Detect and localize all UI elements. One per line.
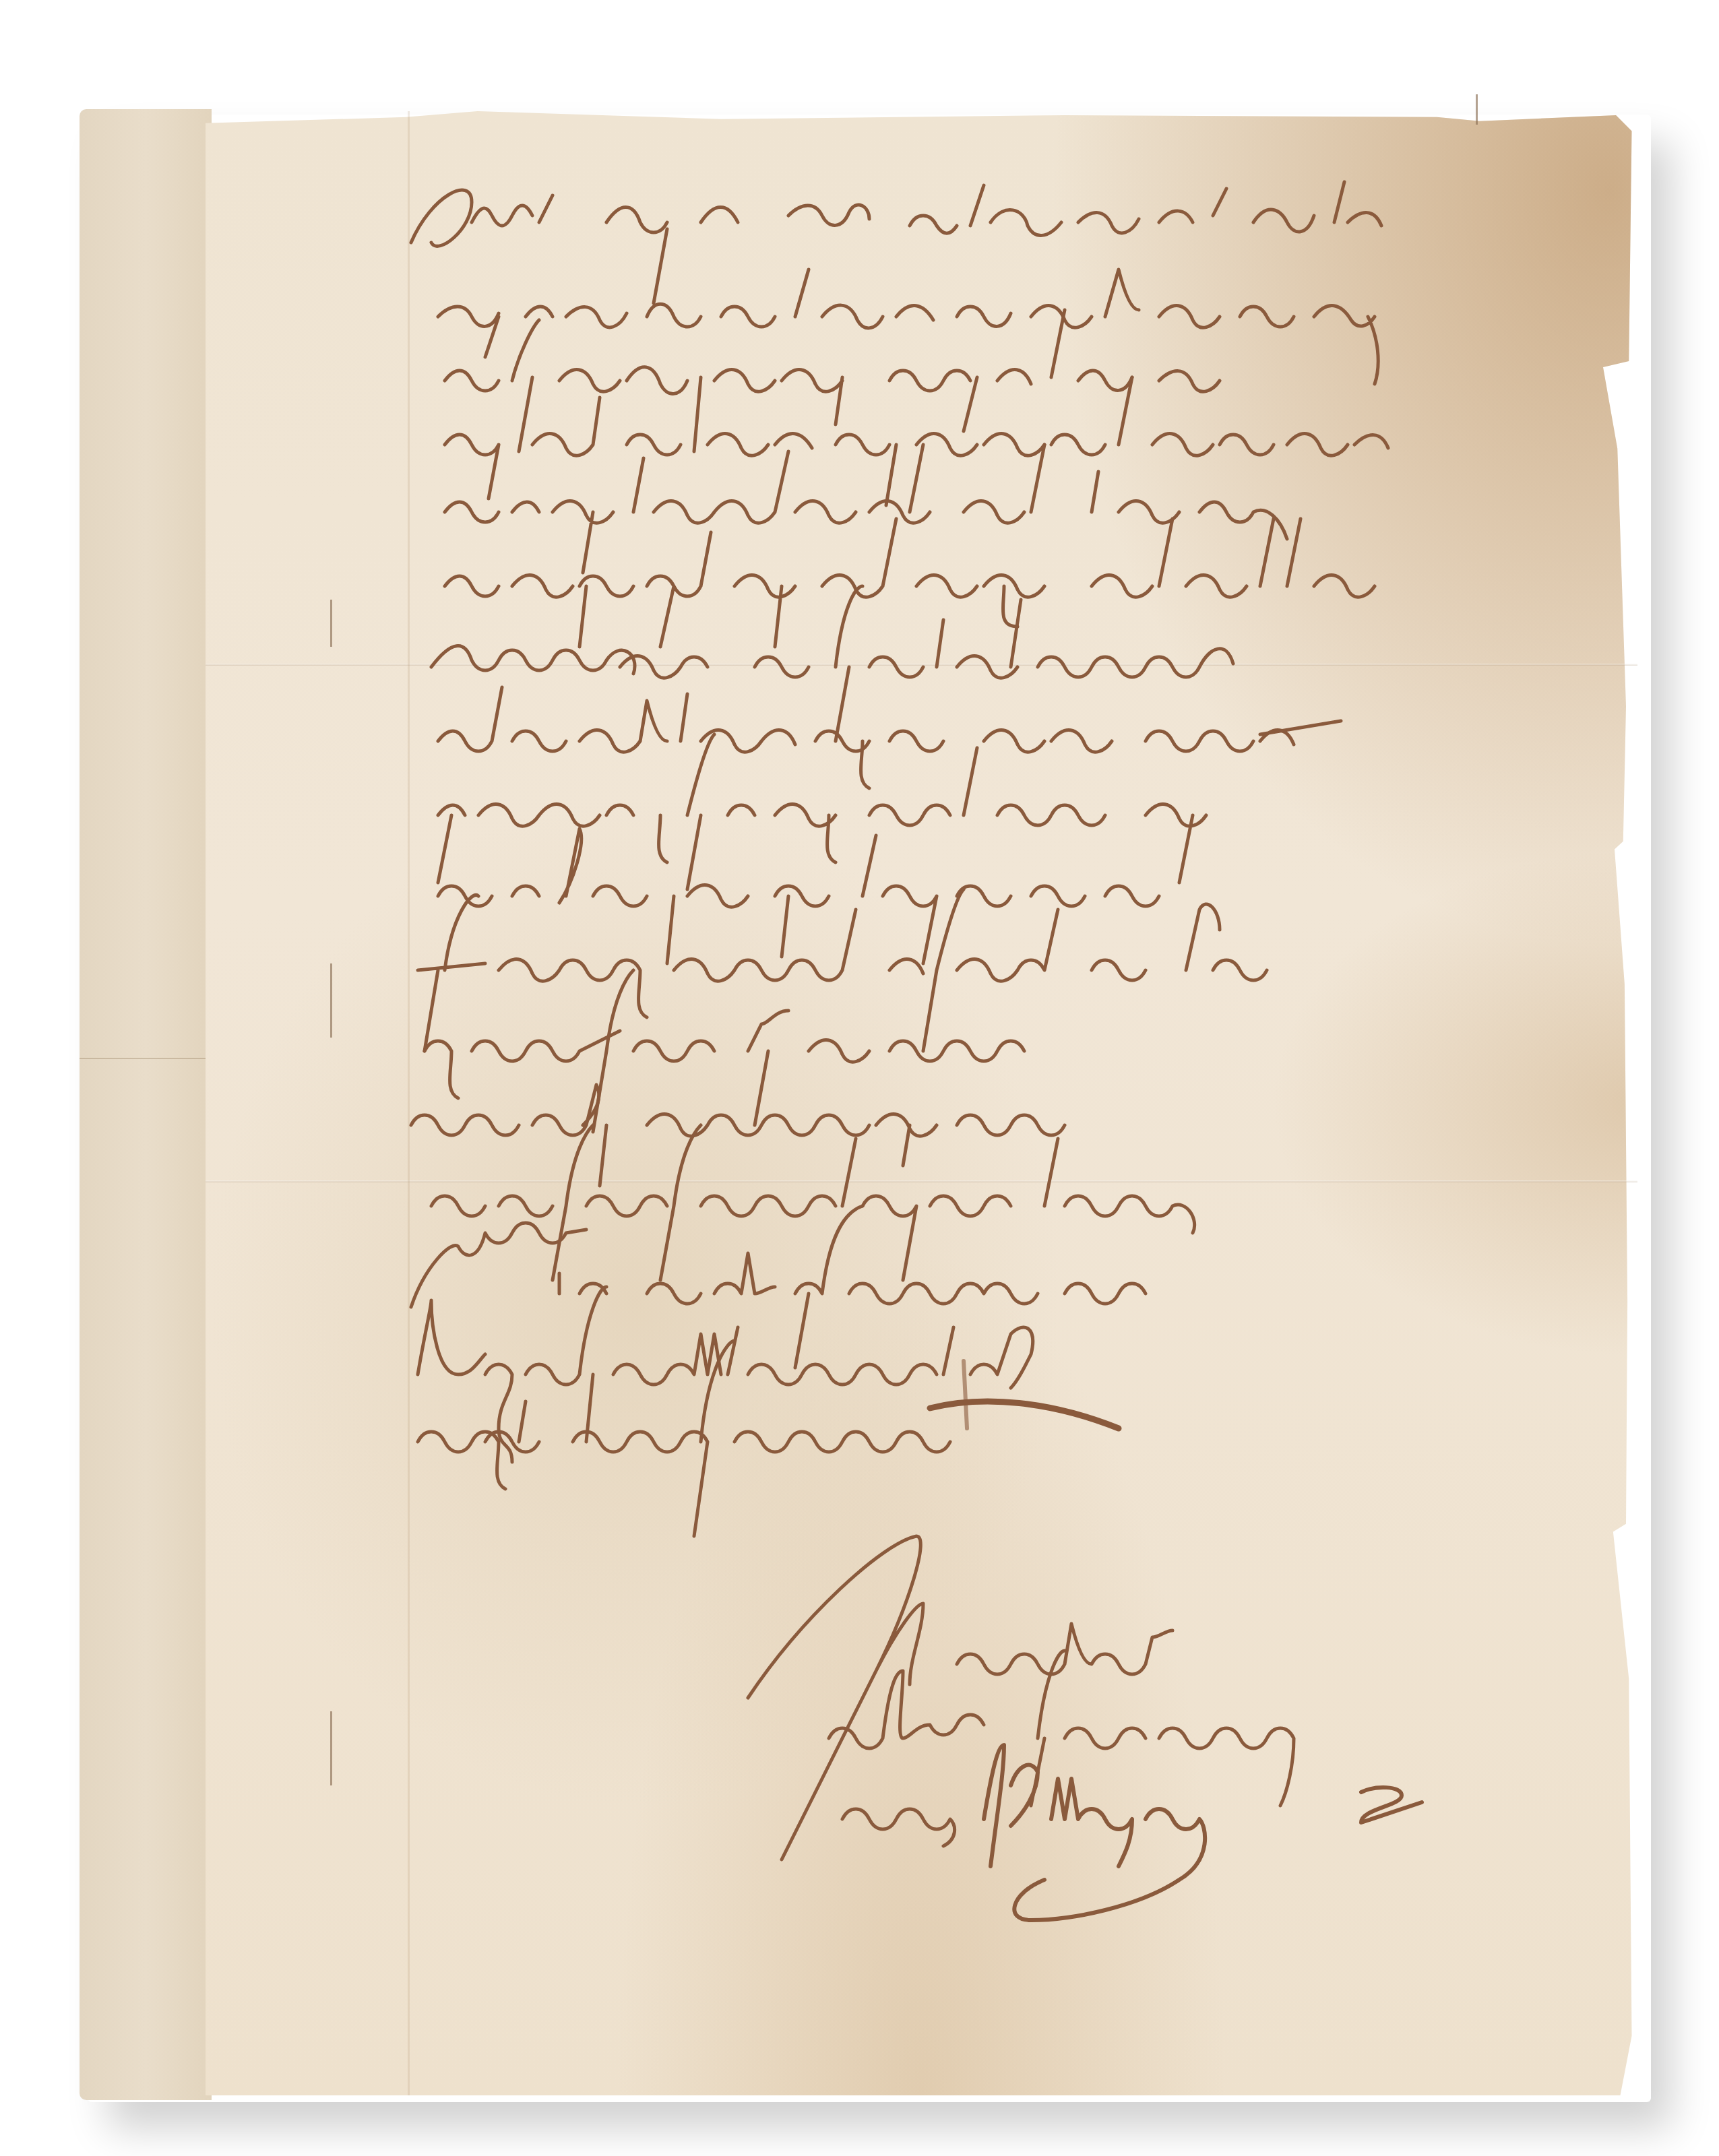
handwritten-text (0, 0, 1719, 2156)
